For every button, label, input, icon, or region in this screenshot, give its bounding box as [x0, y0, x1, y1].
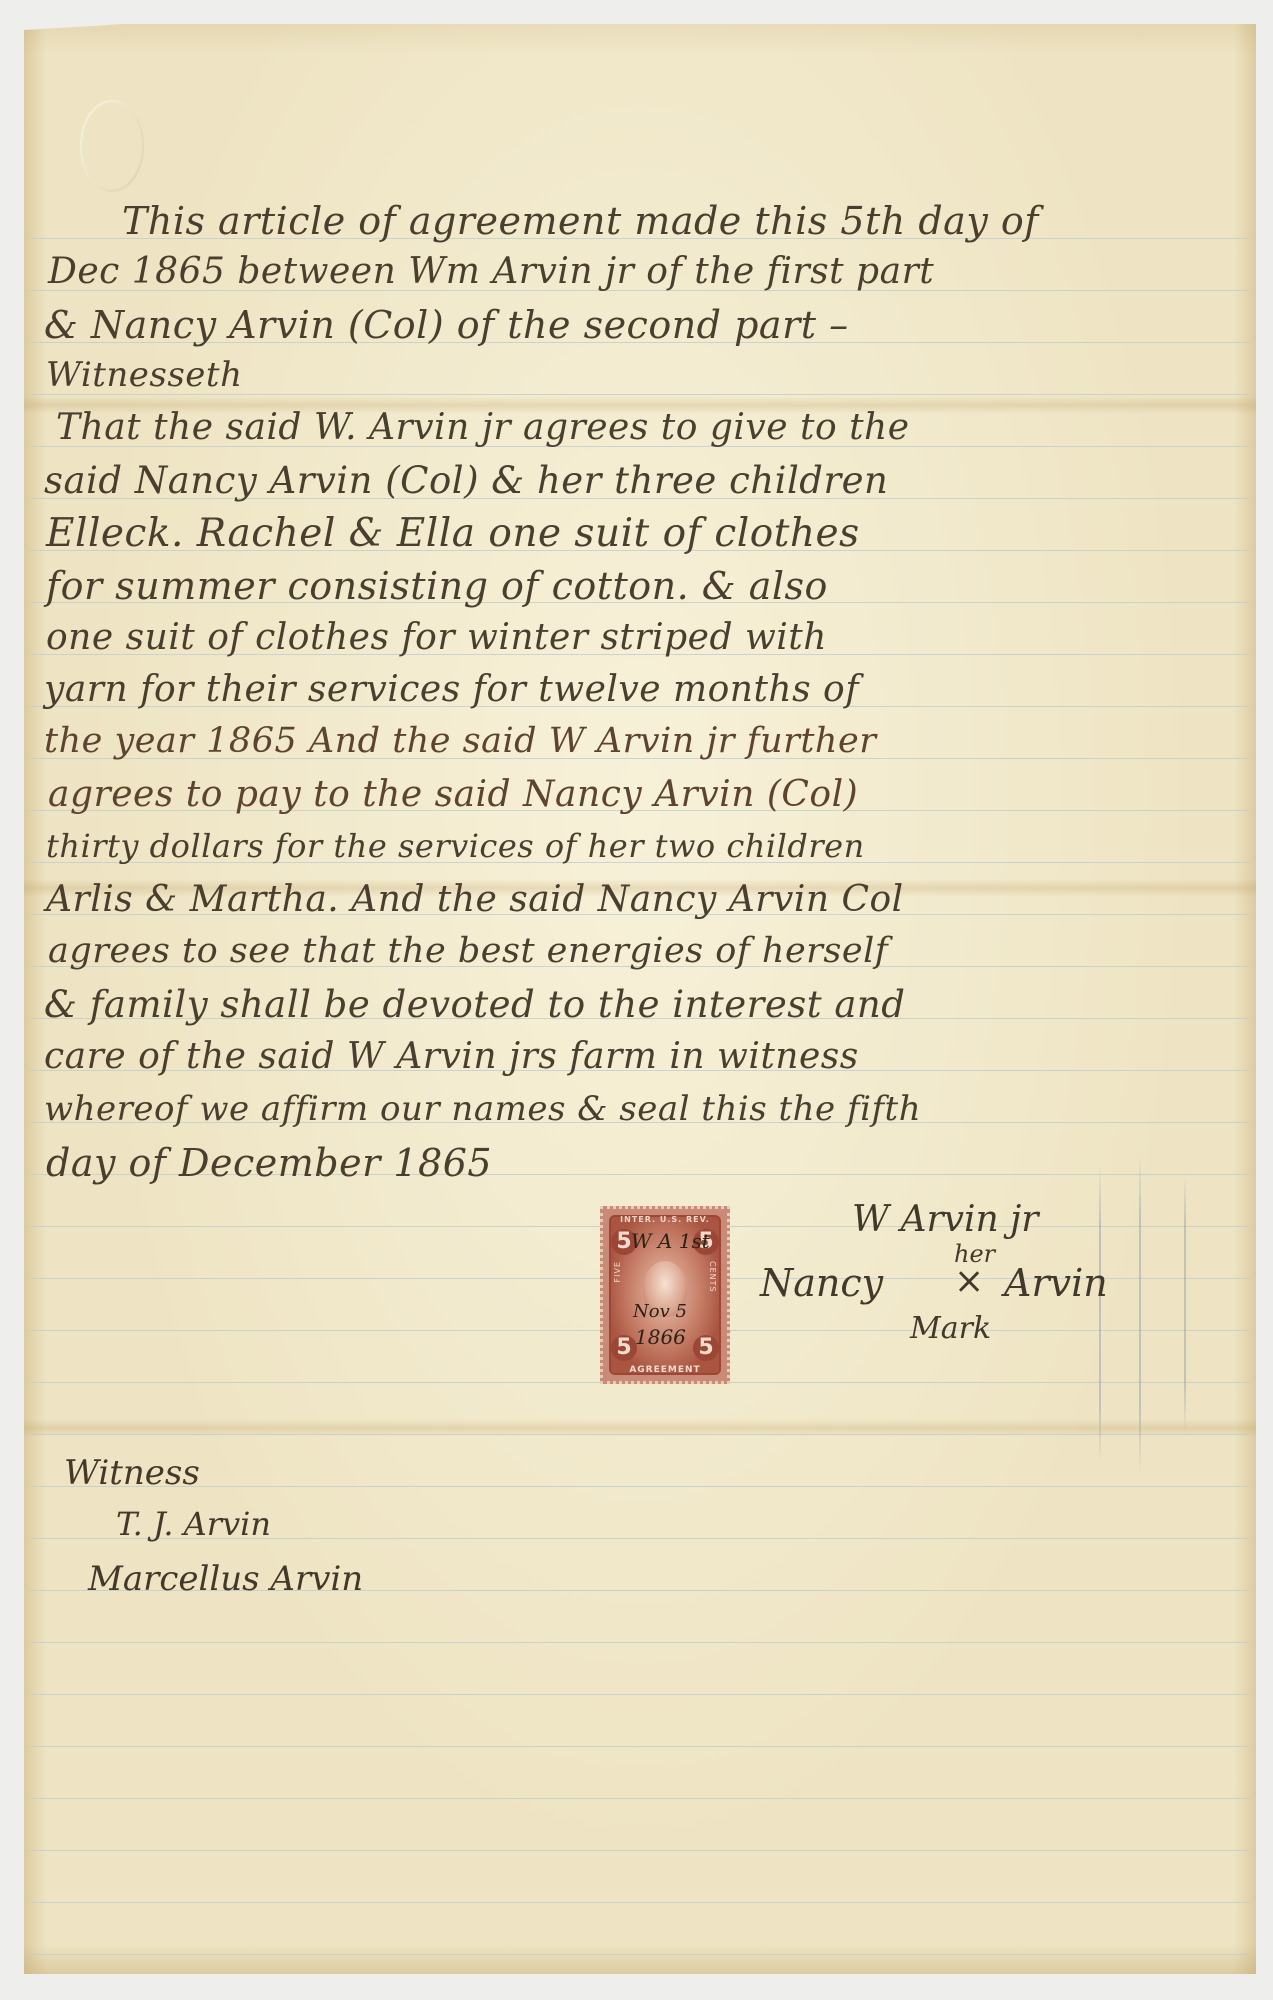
- body-line: Elleck. Rachel & Ella one suit of clothe…: [46, 514, 860, 553]
- body-line: for summer consisting of cotton. & also: [46, 567, 828, 605]
- stamp-side-text: FIVE: [613, 1261, 622, 1283]
- body-line: This article of agreement made this 5th …: [122, 202, 1039, 240]
- signature-first-party: W Arvin jr: [852, 1202, 1039, 1238]
- stamp-top-text: INTER. U.S. REV.: [603, 1215, 727, 1224]
- witness-name: Marcellus Arvin: [88, 1562, 363, 1596]
- pencil-mark: [1139, 1154, 1141, 1474]
- body-line: the year 1865 And the said W Arvin jr fu…: [44, 724, 876, 759]
- ruled-line: [30, 1694, 1250, 1695]
- ruled-line: [30, 1746, 1250, 1747]
- witness-name: T. J. Arvin: [116, 1508, 271, 1540]
- witness-heading: Witness: [64, 1456, 200, 1490]
- ruled-line: [30, 1642, 1250, 1643]
- embossed-seal-icon: [80, 100, 144, 192]
- ruled-line: [30, 1954, 1250, 1955]
- body-line: whereof we affirm our names & seal this …: [44, 1092, 921, 1126]
- body-line: & family shall be devoted to the interes…: [44, 986, 905, 1023]
- ruled-line: [30, 1798, 1250, 1799]
- body-line: & Nancy Arvin (Col) of the second part –: [44, 306, 849, 344]
- ruled-line: [30, 1434, 1250, 1435]
- body-line: That the said W. Arvin jr agrees to give…: [56, 410, 910, 446]
- ruled-line: [30, 1850, 1250, 1851]
- stamp-denomination: 5: [693, 1335, 719, 1361]
- body-line: Witnesseth: [46, 358, 242, 392]
- stamp-denomination: 5: [611, 1335, 637, 1361]
- signature-mark-label: Mark: [910, 1314, 991, 1344]
- body-line: yarn for their services for twelve month…: [44, 672, 859, 708]
- pencil-mark: [1099, 1164, 1101, 1464]
- body-line: care of the said W Arvin jrs farm in wit…: [44, 1039, 859, 1075]
- stamp-side-text: CENTS: [708, 1261, 717, 1293]
- stamp-bottom-text: AGREEMENT: [603, 1365, 727, 1375]
- ruled-line: [30, 1486, 1250, 1487]
- pencil-mark: [1184, 1174, 1186, 1434]
- document-page: This article of agreement made this 5th …: [24, 24, 1256, 1974]
- stamp-cancel-line: W A 1st: [631, 1229, 710, 1253]
- signature-second-party-last: Arvin: [1004, 1264, 1108, 1302]
- signature-second-party-first: Nancy: [760, 1264, 883, 1302]
- body-line: agrees to pay to the said Nancy Arvin (C…: [48, 777, 858, 813]
- body-line: Arlis & Martha. And the said Nancy Arvin…: [46, 882, 904, 918]
- signature-x-mark: ×: [954, 1264, 984, 1300]
- body-line: one suit of clothes for winter striped w…: [46, 620, 827, 656]
- body-line: day of December 1865: [46, 1144, 492, 1182]
- body-line: Dec 1865 between Wm Arvin jr of the firs…: [48, 254, 934, 290]
- ruled-line: [30, 1902, 1250, 1903]
- body-line: thirty dollars for the services of her t…: [46, 830, 865, 862]
- stamp-cancel-line: 1866: [635, 1325, 686, 1349]
- stamp-cancel-line: Nov 5: [633, 1301, 687, 1322]
- body-line: agrees to see that the best energies of …: [48, 934, 888, 969]
- body-line: said Nancy Arvin (Col) & her three child…: [44, 462, 888, 499]
- revenue-stamp: INTER. U.S. REV. 5 5 5 5 FIVE CENTS AGRE…: [600, 1206, 730, 1384]
